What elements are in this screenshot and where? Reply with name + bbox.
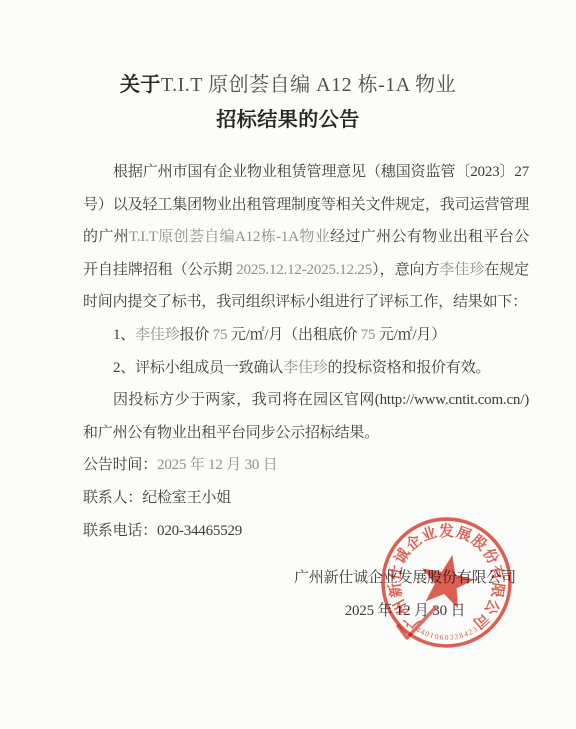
announce-time-line: 公告时间：2025 年 12 月 30 日 bbox=[83, 449, 529, 482]
phone-label: 联系电话： bbox=[83, 523, 157, 539]
filled-field: 2025.12.12-2025.12.25 bbox=[236, 262, 372, 278]
svg-text:1: 1 bbox=[429, 631, 435, 641]
template-text: 元/㎡/月（出租底价 bbox=[227, 327, 360, 343]
signature-company: 广州新仕诚企业发展股份有限公司 bbox=[294, 562, 516, 595]
title-line-2: 招标结果的公告 bbox=[0, 103, 576, 138]
contact-label: 联系人： bbox=[83, 490, 142, 506]
announcement-title: 关于T.I.T 原创荟自编 A12 栋-1A 物业 招标结果的公告 bbox=[0, 68, 576, 138]
template-text: 报价 bbox=[180, 327, 213, 343]
template-text: 因投标方少于两家，我司将在园区官网(http://www.cntit.com.c… bbox=[83, 392, 529, 441]
list-item-bid-price: 1、李佳珍报价 75 元/㎡/月（出租底价 75 元/㎡/月） bbox=[83, 319, 529, 352]
title-line-1: 关于T.I.T 原创荟自编 A12 栋-1A 物业 bbox=[0, 68, 576, 103]
filled-field: 李佳珍 bbox=[135, 327, 179, 343]
svg-text:3: 3 bbox=[449, 633, 454, 642]
paragraph-tender-basis: 根据广州市国有企业物业租赁管理意见（穗国资监管〔2023〕27 号）以及轻工集团… bbox=[83, 156, 529, 319]
list-item-confirmation: 2、评标小组成员一致确认李佳珍的投标资格和报价有效。 bbox=[83, 352, 529, 385]
paragraph-publicity: 因投标方少于两家，我司将在园区官网(http://www.cntit.com.c… bbox=[83, 384, 529, 449]
template-text: 2、评标小组成员一致确认 bbox=[113, 360, 283, 376]
svg-text:0: 0 bbox=[434, 632, 440, 642]
phone-line: 联系电话：020-34465529 bbox=[83, 515, 529, 548]
announce-time-value: 2025 年 12 月 30 日 bbox=[157, 457, 278, 473]
title-property-name: T.I.T 原创荟自编 A12 栋-1A 物业 bbox=[161, 74, 456, 96]
title-prefix: 关于 bbox=[120, 74, 161, 96]
template-text: 1、 bbox=[113, 327, 135, 343]
svg-text:0: 0 bbox=[424, 629, 431, 639]
filled-field: 75 bbox=[361, 327, 376, 343]
svg-text:8: 8 bbox=[458, 631, 464, 641]
signature-block: 广州新仕诚企业发展股份有限公司 2025 年 12 月 30 日 bbox=[294, 562, 516, 628]
announcement-document: 关于T.I.T 原创荟自编 A12 栋-1A 物业 招标结果的公告 根据广州市国… bbox=[0, 0, 576, 729]
filled-field: 李佳珍 bbox=[283, 360, 327, 376]
svg-text:4: 4 bbox=[419, 627, 427, 637]
filled-field: T.I.T原创荟自编A12栋-1A物业 bbox=[129, 229, 330, 245]
svg-text:3: 3 bbox=[454, 632, 460, 642]
document-body: 根据广州市国有企业物业租赁管理意见（穗国资监管〔2023〕27 号）以及轻工集团… bbox=[83, 156, 529, 547]
contact-line: 联系人：纪检室王小姐 bbox=[83, 482, 529, 515]
announce-time-label: 公告时间： bbox=[83, 457, 157, 473]
contact-value: 纪检室王小姐 bbox=[142, 490, 231, 506]
signature-date: 2025 年 12 月 30 日 bbox=[294, 595, 516, 628]
filled-field: 75 bbox=[213, 327, 228, 343]
phone-value: 020-34465529 bbox=[157, 523, 242, 539]
filled-field: 李佳珍 bbox=[439, 262, 484, 278]
svg-text:0: 0 bbox=[445, 633, 449, 642]
svg-text:2: 2 bbox=[467, 627, 475, 637]
svg-text:6: 6 bbox=[439, 633, 444, 642]
svg-text:4: 4 bbox=[463, 629, 470, 639]
template-text: 元/㎡/月） bbox=[375, 327, 446, 343]
template-text: ），意向方 bbox=[372, 262, 439, 278]
template-text: 的投标资格和报价有效。 bbox=[328, 360, 491, 376]
